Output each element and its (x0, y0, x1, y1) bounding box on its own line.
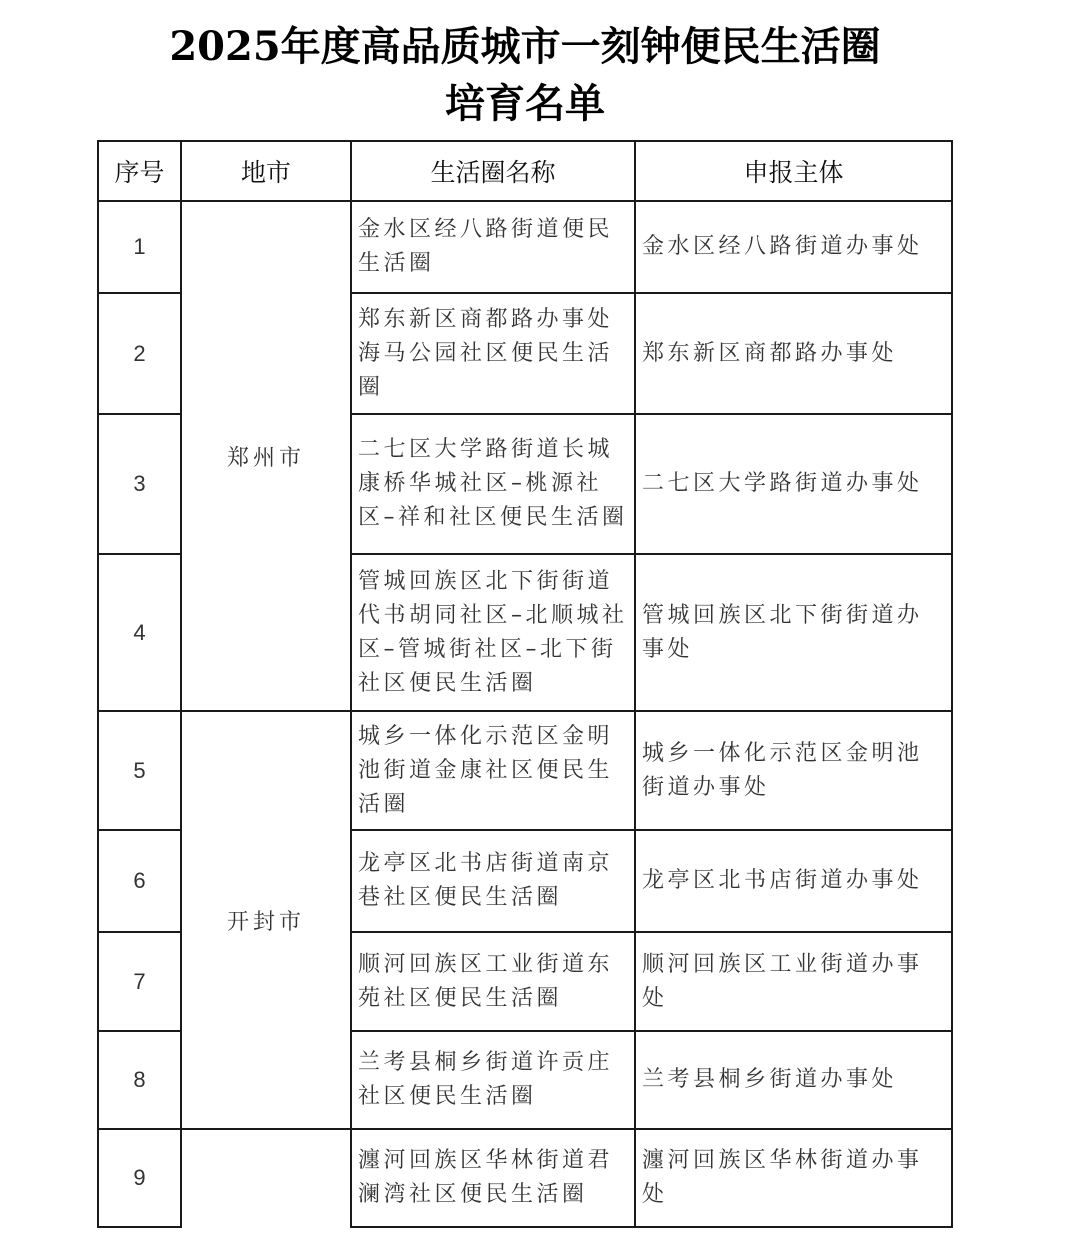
applicant: 兰考县桐乡街道办事处 (635, 1031, 952, 1129)
circle-name: 管城回族区北下街街道代书胡同社区–北顺城社区–管城街社区–北下街社区便民生活圈 (351, 554, 635, 711)
row-index: 4 (98, 554, 181, 711)
applicant: 管城回族区北下街街道办事处 (635, 554, 952, 711)
row-index: 6 (98, 830, 181, 932)
document-title-line1: 2025年度高品质城市一刻钟便民生活圈 (0, 22, 1050, 72)
header-city: 地市 (181, 141, 351, 201)
row-index: 9 (98, 1129, 181, 1227)
applicant: 金水区经八路街道办事处 (635, 201, 952, 293)
applicant: 城乡一体化示范区金明池街道办事处 (635, 711, 952, 830)
applicant: 瀍河回族区华林街道办事处 (635, 1129, 952, 1227)
cultivation-list-table: 序号 地市 生活圈名称 申报主体 1 郑州市 金水区经八路街道便民生活圈 金水区… (97, 140, 953, 1228)
row-index: 8 (98, 1031, 181, 1129)
document-title-line2: 培育名单 (0, 79, 1050, 129)
table-row: 5 开封市 城乡一体化示范区金明池街道金康社区便民生活圈 城乡一体化示范区金明池… (98, 711, 952, 830)
table-row: 1 郑州市 金水区经八路街道便民生活圈 金水区经八路街道办事处 (98, 201, 952, 293)
city-cell: 郑州市 (181, 201, 351, 711)
row-index: 3 (98, 414, 181, 554)
header-applicant: 申报主体 (635, 141, 952, 201)
circle-name: 瀍河回族区华林街道君澜湾社区便民生活圈 (351, 1129, 635, 1227)
header-circle-name: 生活圈名称 (351, 141, 635, 201)
circle-name: 郑东新区商都路办事处海马公园社区便民生活圈 (351, 293, 635, 414)
table-header-row: 序号 地市 生活圈名称 申报主体 (98, 141, 952, 201)
row-index: 1 (98, 201, 181, 293)
city-cell: 开封市 (181, 711, 351, 1129)
applicant: 顺河回族区工业街道办事处 (635, 932, 952, 1031)
applicant: 郑东新区商都路办事处 (635, 293, 952, 414)
circle-name: 龙亭区北书店街道南京巷社区便民生活圈 (351, 830, 635, 932)
row-index: 5 (98, 711, 181, 830)
circle-name: 顺河回族区工业街道东苑社区便民生活圈 (351, 932, 635, 1031)
city-cell (181, 1129, 351, 1227)
applicant: 龙亭区北书店街道办事处 (635, 830, 952, 932)
circle-name: 二七区大学路街道长城康桥华城社区–桃源社区–祥和社区便民生活圈 (351, 414, 635, 554)
header-index: 序号 (98, 141, 181, 201)
applicant: 二七区大学路街道办事处 (635, 414, 952, 554)
row-index: 2 (98, 293, 181, 414)
row-index: 7 (98, 932, 181, 1031)
circle-name: 城乡一体化示范区金明池街道金康社区便民生活圈 (351, 711, 635, 830)
circle-name: 金水区经八路街道便民生活圈 (351, 201, 635, 293)
circle-name: 兰考县桐乡街道许贡庄社区便民生活圈 (351, 1031, 635, 1129)
table-row: 9 瀍河回族区华林街道君澜湾社区便民生活圈 瀍河回族区华林街道办事处 (98, 1129, 952, 1227)
